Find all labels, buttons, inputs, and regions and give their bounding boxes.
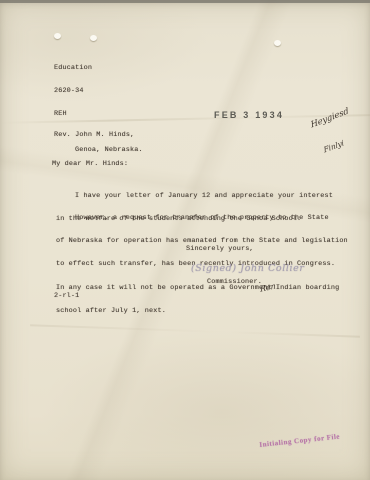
file-notation: 2-rl-1 xyxy=(54,293,79,301)
closing: Sincerely yours, xyxy=(186,246,254,254)
letter-paper: Education 2620-34 REH FEB 3 1934 Heygies… xyxy=(0,0,370,480)
recipient-name: Rev. John M. Hinds, xyxy=(54,132,134,140)
punch-hole xyxy=(54,33,61,39)
handwritten-annotation-line2: Finlyi xyxy=(323,134,356,155)
signature-title: Commissioner. xyxy=(207,279,262,287)
punch-hole xyxy=(274,40,281,46)
body-line: school after July 1, next. xyxy=(56,308,348,316)
signature-stamp: (Signed) John Collier xyxy=(191,263,305,274)
received-date-stamp: FEB 3 1934 xyxy=(214,110,284,120)
body-line: In any case it will not be operated as a… xyxy=(56,285,348,293)
salutation: My dear Mr. Hinds: xyxy=(52,161,128,169)
file-heading-initials: REH xyxy=(54,111,92,119)
initialing-copy-stamp: Initialing Copy for File xyxy=(259,433,340,449)
scan-edge xyxy=(0,0,370,3)
file-heading-office: Education xyxy=(54,65,92,73)
recipient-address: Genoa, Nebraska. xyxy=(75,147,143,155)
body-line: However, a request for transfer of the p… xyxy=(75,215,348,223)
file-heading: Education 2620-34 REH xyxy=(54,49,92,135)
handwritten-annotation: Heygiesd Finlyi xyxy=(306,90,360,175)
punch-hole xyxy=(90,35,97,41)
handwritten-annotation-line1: Heygiesd xyxy=(310,107,350,130)
file-heading-number: 2620-34 xyxy=(54,88,92,96)
